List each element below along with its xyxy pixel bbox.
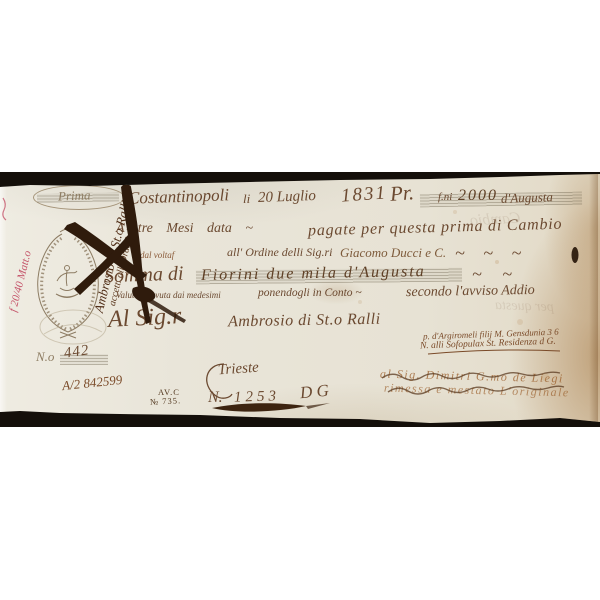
cancellation-x-strokes (64, 184, 186, 324)
underline-smear (212, 403, 330, 412)
ink-blot (572, 247, 579, 263)
strike-through-marks (382, 372, 564, 394)
foxing-spots (358, 210, 549, 381)
photo-backdrop: Prima Costantinopoli li 20 Luglio 1831 P… (0, 172, 600, 427)
scan-page: Prima Costantinopoli li 20 Luglio 1831 P… (0, 0, 600, 600)
ink-artwork (0, 172, 600, 427)
faint-cartouche (40, 310, 106, 344)
signature-underline-flourish (428, 350, 560, 354)
trieste-flourish (207, 364, 232, 398)
bill-content: Prima Costantinopoli li 20 Luglio 1831 P… (0, 172, 600, 427)
red-scribble (3, 198, 6, 220)
bill-paper: Prima Costantinopoli li 20 Luglio 1831 P… (0, 172, 600, 427)
